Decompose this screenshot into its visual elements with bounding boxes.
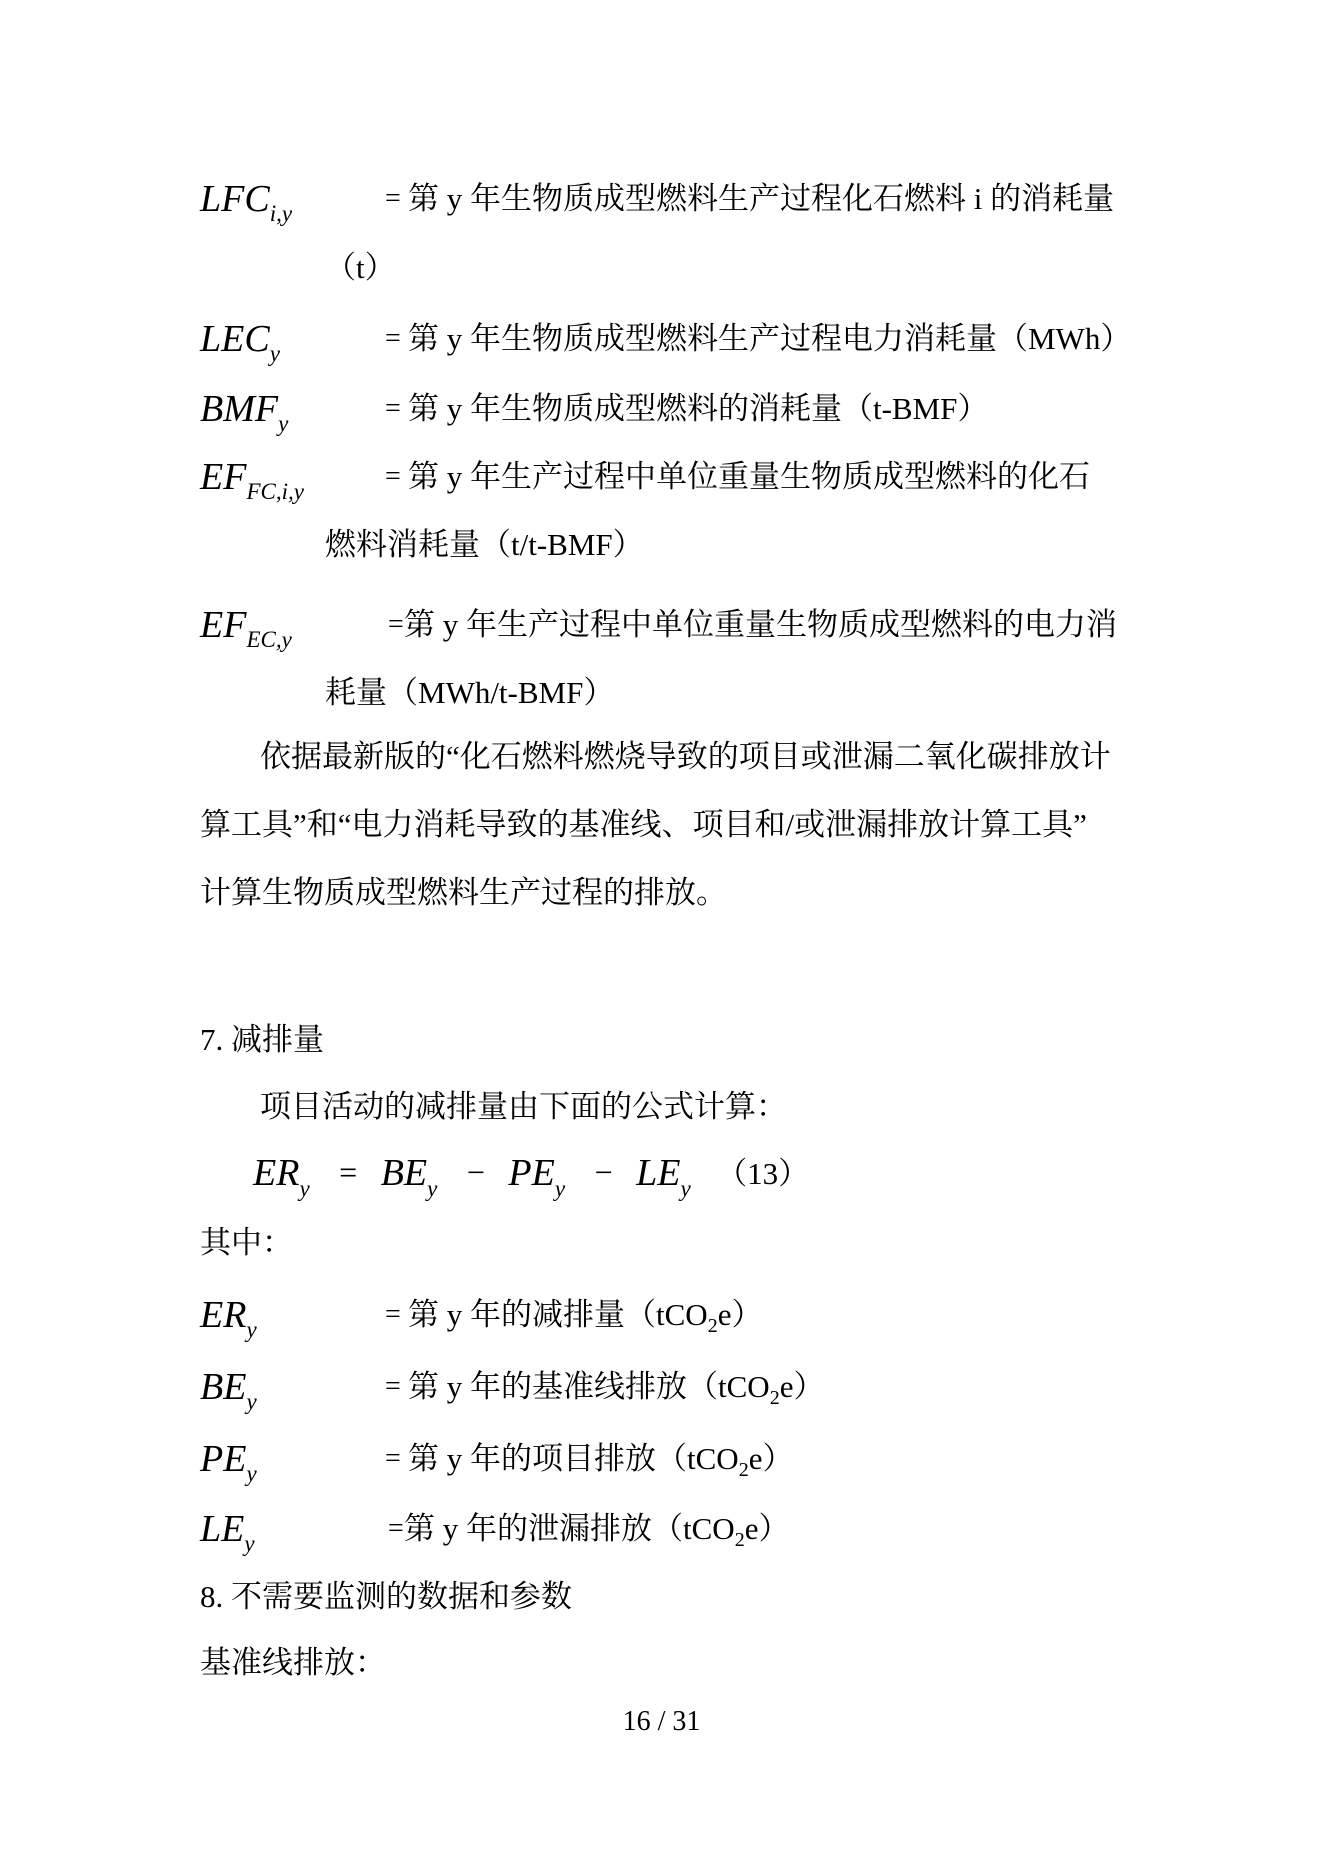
variable-subscript: y bbox=[270, 341, 280, 366]
definition-text: 第 y 年生物质成型燃料生产过程化石燃料 i 的消耗量 bbox=[408, 176, 1114, 222]
equals-sign: = bbox=[385, 1292, 401, 1338]
paragraph-text: 依据最新版的“化石燃料燃烧导致的项目或泄漏二氧化碳排放计 bbox=[260, 734, 1111, 780]
equals-sign: = bbox=[385, 316, 401, 362]
variable-main: LEC bbox=[200, 318, 270, 360]
formula-equals: = bbox=[339, 1154, 357, 1190]
variable-subscript: i,y bbox=[270, 201, 292, 226]
definition-row-ef-fc: EFFC,i,y = 第 y 年生产过程中单位重量生物质成型燃料的化石 bbox=[0, 454, 1323, 500]
definition-text-continuation: 燃料消耗量（t/t-BMF） bbox=[325, 522, 644, 568]
variable-subscript: y bbox=[246, 1389, 256, 1414]
formula-term-subscript: y bbox=[680, 1176, 690, 1201]
document-page: LFCi,y = 第 y 年生物质成型燃料生产过程化石燃料 i 的消耗量 （t）… bbox=[0, 0, 1323, 1871]
section-7-intro-row: 项目活动的减排量由下面的公式计算： bbox=[0, 1084, 1323, 1130]
equals-sign: = bbox=[385, 1364, 401, 1410]
variable-main: LE bbox=[200, 1508, 244, 1550]
definition-text-continuation: 耗量（MWh/t-BMF） bbox=[325, 670, 614, 716]
definition-text: 第 y 年的基准线排放（tCO2e） bbox=[408, 1364, 824, 1421]
paragraph-line: 依据最新版的“化石燃料燃烧导致的项目或泄漏二氧化碳排放计 bbox=[0, 734, 1323, 780]
section-8-heading: 8. 不需要监测的数据和参数 bbox=[200, 1574, 572, 1620]
equals-sign: = bbox=[388, 1506, 404, 1552]
definition-text: 第 y 年的泄漏排放（tCO2e） bbox=[404, 1506, 789, 1563]
formula-minus: − bbox=[467, 1154, 485, 1190]
variable-main: PE bbox=[200, 1438, 246, 1480]
definition-text: 第 y 年的项目排放（tCO2e） bbox=[408, 1436, 793, 1493]
variable-le: LEy bbox=[200, 1506, 255, 1567]
formula-term-subscript: y bbox=[299, 1176, 309, 1201]
formula-term: PE bbox=[508, 1152, 554, 1194]
formula-term: LE bbox=[636, 1152, 680, 1194]
variable-lfc: LFCi,y bbox=[200, 176, 292, 237]
variable-ef-ec: EFEC,y bbox=[200, 602, 292, 663]
variable-er: ERy bbox=[200, 1292, 257, 1353]
equals-sign: = bbox=[385, 386, 401, 432]
definition-text: 第 y 年的减排量（tCO2e） bbox=[408, 1292, 762, 1349]
variable-main: BE bbox=[200, 1366, 246, 1408]
definition-row-pe: PEy = 第 y 年的项目排放（tCO2e） bbox=[0, 1436, 1323, 1482]
section-7-heading: 7. 减排量 bbox=[200, 1017, 324, 1063]
paragraph-line: 计算生物质成型燃料生产过程的排放。 bbox=[0, 870, 1323, 916]
formula-13: ERy = BEy − PEy − LEy （13） bbox=[253, 1149, 809, 1212]
equals-sign: = bbox=[388, 602, 404, 648]
equals-sign: = bbox=[385, 1436, 401, 1482]
unit-subscript: 2 bbox=[770, 1387, 780, 1409]
variable-main: EF bbox=[200, 456, 246, 498]
variable-lec: LECy bbox=[200, 316, 280, 377]
definition-text-pre: 第 y 年的泄漏排放（tCO bbox=[404, 1511, 735, 1546]
definition-row-ef-ec: EFEC,y = 第 y 年生产过程中单位重量生物质成型燃料的电力消 bbox=[0, 602, 1323, 648]
baseline-emissions-row: 基准线排放： bbox=[0, 1640, 1323, 1686]
formula-term-subscript: y bbox=[555, 1176, 565, 1201]
definition-text-pre: 第 y 年的基准线排放（tCO bbox=[408, 1369, 770, 1404]
definition-row-lec: LECy = 第 y 年生物质成型燃料生产过程电力消耗量（MWh） bbox=[0, 316, 1323, 362]
definition-text-post: e） bbox=[780, 1369, 825, 1404]
paragraph-line: 算工具”和“电力消耗导致的基准线、项目和/或泄漏排放计算工具” bbox=[0, 802, 1323, 848]
variable-be: BEy bbox=[200, 1364, 257, 1425]
variable-pe: PEy bbox=[200, 1436, 257, 1497]
variable-main: LFC bbox=[200, 178, 270, 220]
variable-main: EF bbox=[200, 604, 246, 646]
variable-main: ER bbox=[200, 1294, 246, 1336]
definition-row-le: LEy = 第 y 年的泄漏排放（tCO2e） bbox=[0, 1506, 1323, 1552]
paragraph-text: 算工具”和“电力消耗导致的基准线、项目和/或泄漏排放计算工具” bbox=[200, 802, 1087, 848]
equals-sign: = bbox=[385, 454, 401, 500]
where-label-row: 其中： bbox=[0, 1220, 1323, 1266]
definition-text: 第 y 年生产过程中单位重量生物质成型燃料的化石 bbox=[408, 454, 1090, 500]
section-7-heading-row: 7. 减排量 bbox=[0, 1017, 1323, 1063]
formula-term-subscript: y bbox=[427, 1176, 437, 1201]
formula-term: ER bbox=[253, 1152, 299, 1194]
variable-subscript: y bbox=[246, 1317, 256, 1342]
variable-subscript: y bbox=[278, 411, 288, 436]
where-label: 其中： bbox=[200, 1220, 293, 1266]
definition-row-ef-fc-cont: 燃料消耗量（t/t-BMF） bbox=[0, 522, 1323, 568]
definition-text-post: e） bbox=[718, 1297, 763, 1332]
unit-subscript: 2 bbox=[735, 1529, 745, 1551]
definition-text: 第 y 年生物质成型燃料生产过程电力消耗量（MWh） bbox=[408, 316, 1131, 362]
definition-text: 第 y 年生产过程中单位重量生物质成型燃料的电力消 bbox=[404, 602, 1117, 648]
definition-text-post: e） bbox=[745, 1511, 790, 1546]
section-7-intro: 项目活动的减排量由下面的公式计算： bbox=[260, 1084, 787, 1130]
definition-text-pre: 第 y 年的项目排放（tCO bbox=[408, 1441, 739, 1476]
formula-term: BE bbox=[381, 1152, 427, 1194]
variable-main: BMF bbox=[200, 388, 278, 430]
definition-row-be: BEy = 第 y 年的基准线排放（tCO2e） bbox=[0, 1364, 1323, 1410]
equals-sign: = bbox=[385, 176, 401, 222]
paragraph-text: 计算生物质成型燃料生产过程的排放。 bbox=[200, 870, 727, 916]
definition-text-continuation: （t） bbox=[325, 245, 396, 291]
variable-subscript: y bbox=[246, 1461, 256, 1486]
definition-text-post: e） bbox=[749, 1441, 794, 1476]
definition-row-bmf: BMFy = 第 y 年生物质成型燃料的消耗量（t-BMF） bbox=[0, 386, 1323, 432]
variable-bmf: BMFy bbox=[200, 386, 288, 447]
definition-text-pre: 第 y 年的减排量（tCO bbox=[408, 1297, 708, 1332]
section-8-heading-row: 8. 不需要监测的数据和参数 bbox=[0, 1574, 1323, 1620]
definition-row-er: ERy = 第 y 年的减排量（tCO2e） bbox=[0, 1292, 1323, 1338]
unit-subscript: 2 bbox=[739, 1459, 749, 1481]
variable-subscript: FC,i,y bbox=[246, 479, 304, 504]
formula-minus: − bbox=[595, 1154, 613, 1190]
formula-equation-number: （13） bbox=[716, 1156, 809, 1191]
definition-row-lfc-cont: （t） bbox=[0, 245, 1323, 291]
variable-ef-fc: EFFC,i,y bbox=[200, 454, 304, 515]
baseline-emissions-label: 基准线排放： bbox=[200, 1640, 386, 1686]
unit-subscript: 2 bbox=[708, 1315, 718, 1337]
variable-subscript: EC,y bbox=[246, 627, 291, 652]
definition-row-lfc: LFCi,y = 第 y 年生物质成型燃料生产过程化石燃料 i 的消耗量 bbox=[0, 176, 1323, 222]
page-number: 16 / 31 bbox=[0, 1702, 1323, 1742]
definition-row-ef-ec-cont: 耗量（MWh/t-BMF） bbox=[0, 670, 1323, 716]
variable-subscript: y bbox=[244, 1531, 254, 1556]
definition-text: 第 y 年生物质成型燃料的消耗量（t-BMF） bbox=[408, 386, 988, 432]
formula-13-row: ERy = BEy − PEy − LEy （13） bbox=[0, 1149, 1323, 1195]
